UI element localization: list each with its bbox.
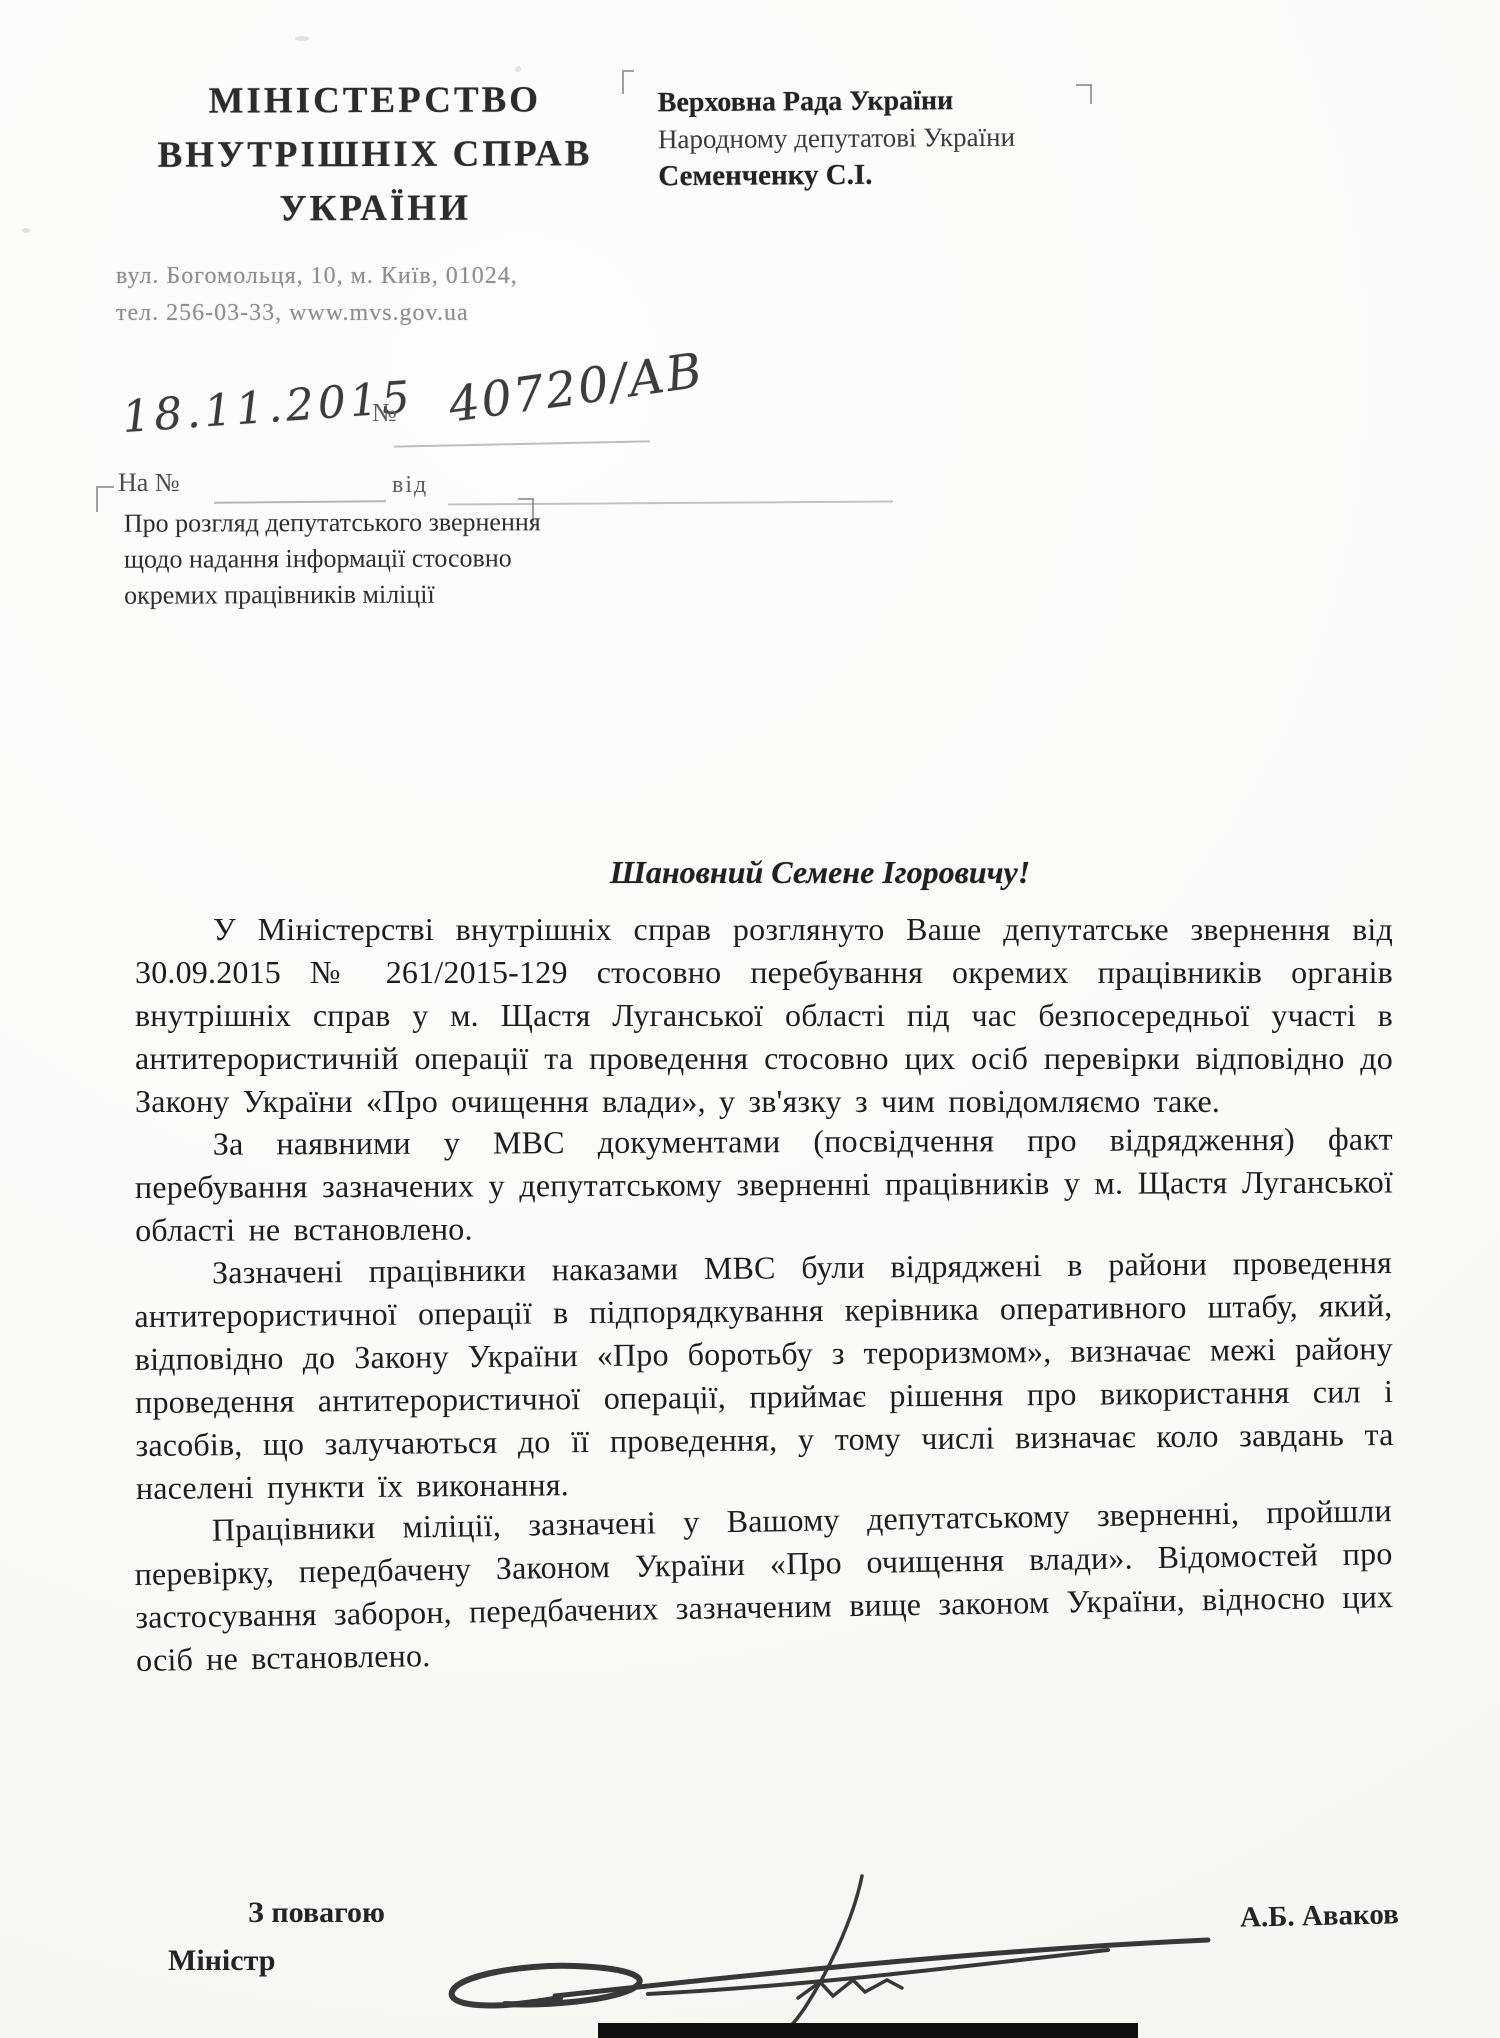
corner-mark <box>1076 84 1092 104</box>
address-line: тел. 256-03-33, www.mvs.gov.ua <box>116 295 596 332</box>
reply-ref-underline <box>214 500 386 504</box>
scan-speck <box>295 36 309 41</box>
ministry-name-line: ВНУТРІШНІХ СПРАВ <box>140 127 610 183</box>
ministry-name: МІНІСТЕРСТВО ВНУТРІШНІХ СПРАВ УКРАЇНИ <box>140 73 611 237</box>
corner-mark <box>622 70 634 94</box>
recipient-line: Семенченку С.І. <box>658 155 1015 195</box>
body-paragraph: За наявними у МВС документами (посвідчен… <box>135 1118 1394 1252</box>
closing-phrase: З повагою <box>248 1896 385 1930</box>
subject-line: щодо надання інформації стосовно <box>124 540 554 578</box>
number-underline <box>394 440 650 447</box>
subject-block: Про розгляд депутатського звернення щодо… <box>124 504 554 614</box>
signer-name: А.Б. Аваков <box>1240 1898 1399 1934</box>
scan-speck <box>22 228 30 233</box>
outgoing-number-handwritten: 40720/АВ <box>445 342 707 433</box>
letter-body: У Міністерстві внутрішніх справ розгляну… <box>135 908 1393 1682</box>
recipient-line: Верховна Рада України <box>658 83 1015 121</box>
scan-speck <box>515 66 521 72</box>
ministry-address: вул. Богомольця, 10, м. Київ, 01024, тел… <box>116 258 596 332</box>
recipient-line: Народному депутатові України <box>658 119 1015 157</box>
salutation: Шановний Семене Ігоровичу! <box>565 854 1075 891</box>
scan-artifact-bar <box>598 2023 1138 2038</box>
body-paragraph: Зазначені працівники наказами МВС були в… <box>134 1241 1394 1510</box>
body-paragraph: Працівники міліції, зазначені у Вашому д… <box>134 1489 1395 1682</box>
address-line: вул. Богомольця, 10, м. Київ, 01024, <box>116 258 596 295</box>
reply-ref-label: На № <box>118 468 180 498</box>
signer-title: Міністр <box>168 1944 275 1978</box>
reply-date-label: від <box>392 472 428 499</box>
scanned-letter-page: МІНІСТЕРСТВО ВНУТРІШНІХ СПРАВ УКРАЇНИ ву… <box>0 0 1500 2038</box>
subject-line: окремих працівників міліції <box>124 576 554 614</box>
number-sign: № <box>372 398 397 428</box>
ministry-name-line: МІНІСТЕРСТВО <box>140 73 610 129</box>
recipient-block: Верховна Рада України Народному депутато… <box>658 83 1016 195</box>
subject-line: Про розгляд депутатського звернення <box>124 504 554 542</box>
body-paragraph: У Міністерстві внутрішніх справ розгляну… <box>135 908 1393 1123</box>
corner-mark <box>96 486 114 512</box>
ministry-name-line: УКРАЇНИ <box>140 181 610 237</box>
